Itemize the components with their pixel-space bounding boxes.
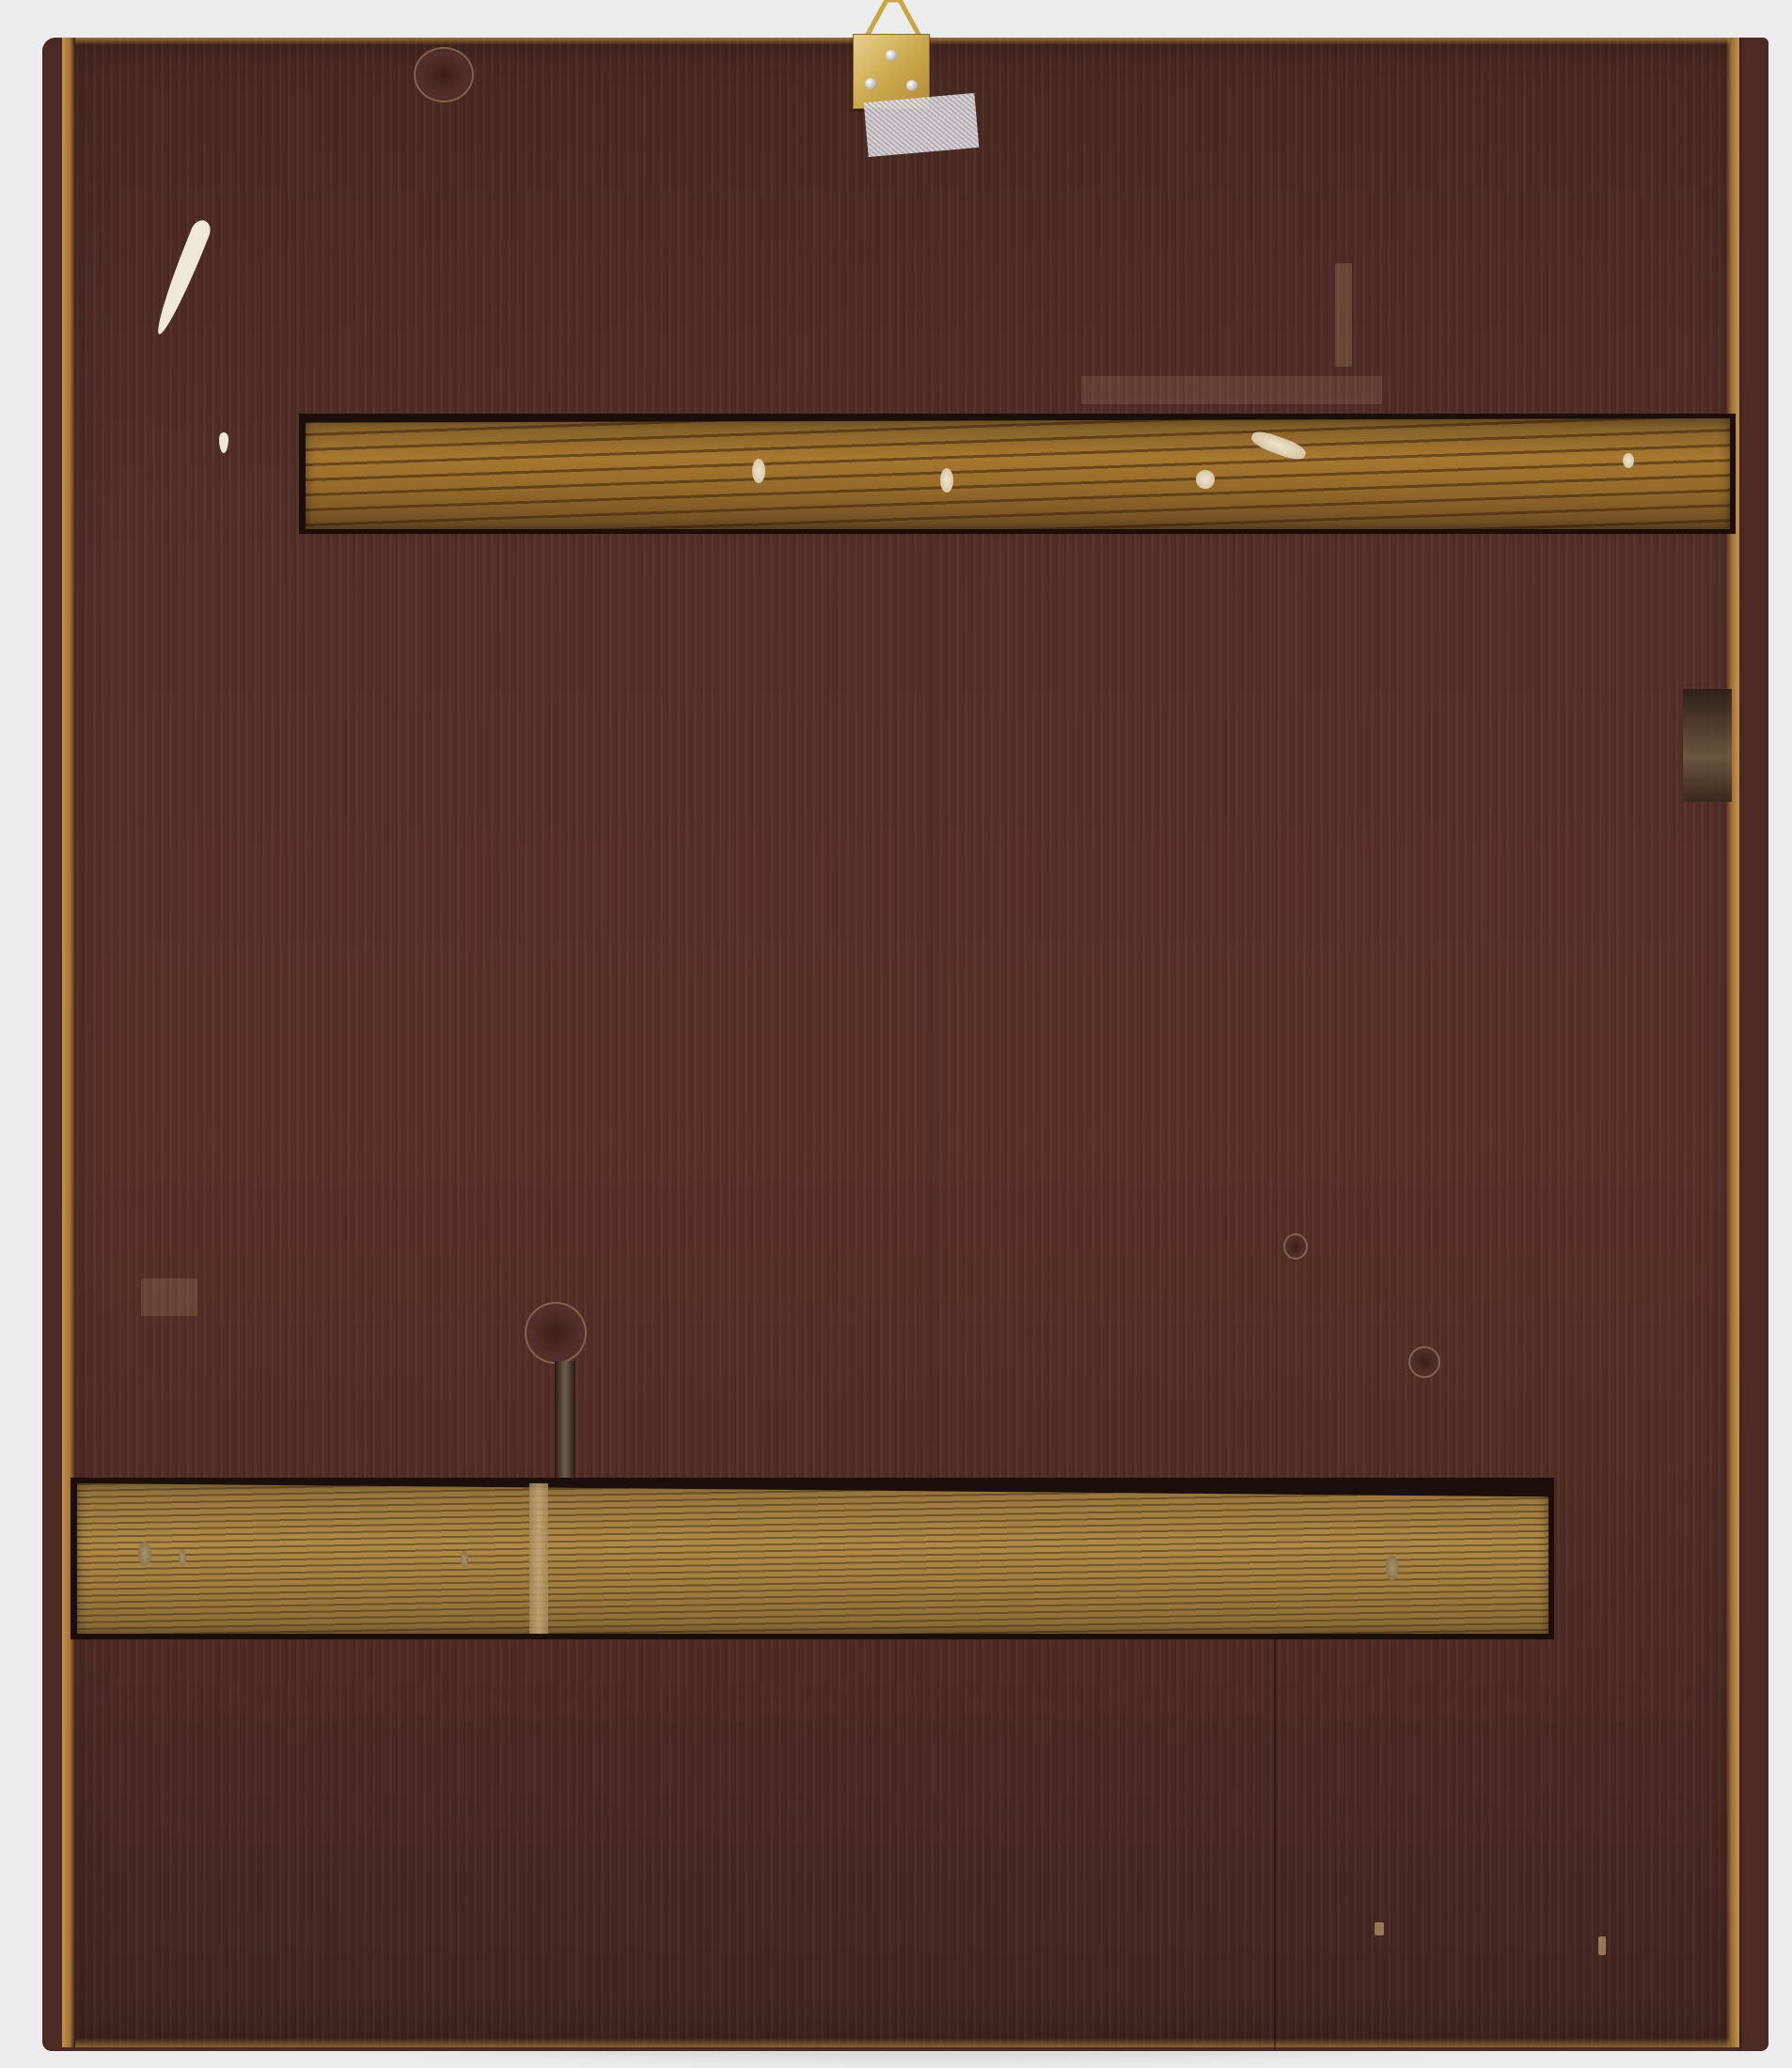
photo-scene (0, 0, 1792, 2068)
top-batten (306, 418, 1730, 529)
scuff-mark (1375, 1922, 1384, 1935)
batten-hole (752, 459, 765, 483)
knot-center-left (525, 1302, 587, 1364)
knot-crack (555, 1361, 575, 1479)
rivet (906, 80, 918, 91)
batten-hole (1196, 470, 1215, 489)
scuff-mark (1598, 1936, 1606, 1955)
batten-hole (1386, 1556, 1399, 1580)
batten-hole (461, 1551, 468, 1568)
worn-left-edge (62, 38, 75, 2047)
worn-right-edge (1726, 38, 1739, 2047)
knot-small (1408, 1346, 1440, 1378)
scuff-mark (1081, 376, 1382, 404)
plank-seam (1274, 1636, 1276, 2049)
label-tape (864, 93, 980, 157)
batten-hole (1623, 453, 1634, 468)
wooden-panel-back (66, 38, 1741, 2047)
worn-bottom-edge (75, 2038, 1730, 2047)
knot-top-left (414, 47, 474, 102)
batten-hole (179, 1549, 186, 1566)
plank-seam (931, 531, 933, 1480)
rivet (886, 50, 897, 61)
bottom-batten (77, 1483, 1548, 1634)
batten-hole (138, 1542, 151, 1566)
batten-filler (529, 1483, 548, 1634)
knot-right-edge (1683, 689, 1732, 802)
knot-small (1283, 1233, 1308, 1260)
scuff-mark (141, 1278, 197, 1316)
scuff-mark (1335, 263, 1352, 367)
rivet (865, 78, 876, 89)
batten-hole (940, 468, 953, 493)
